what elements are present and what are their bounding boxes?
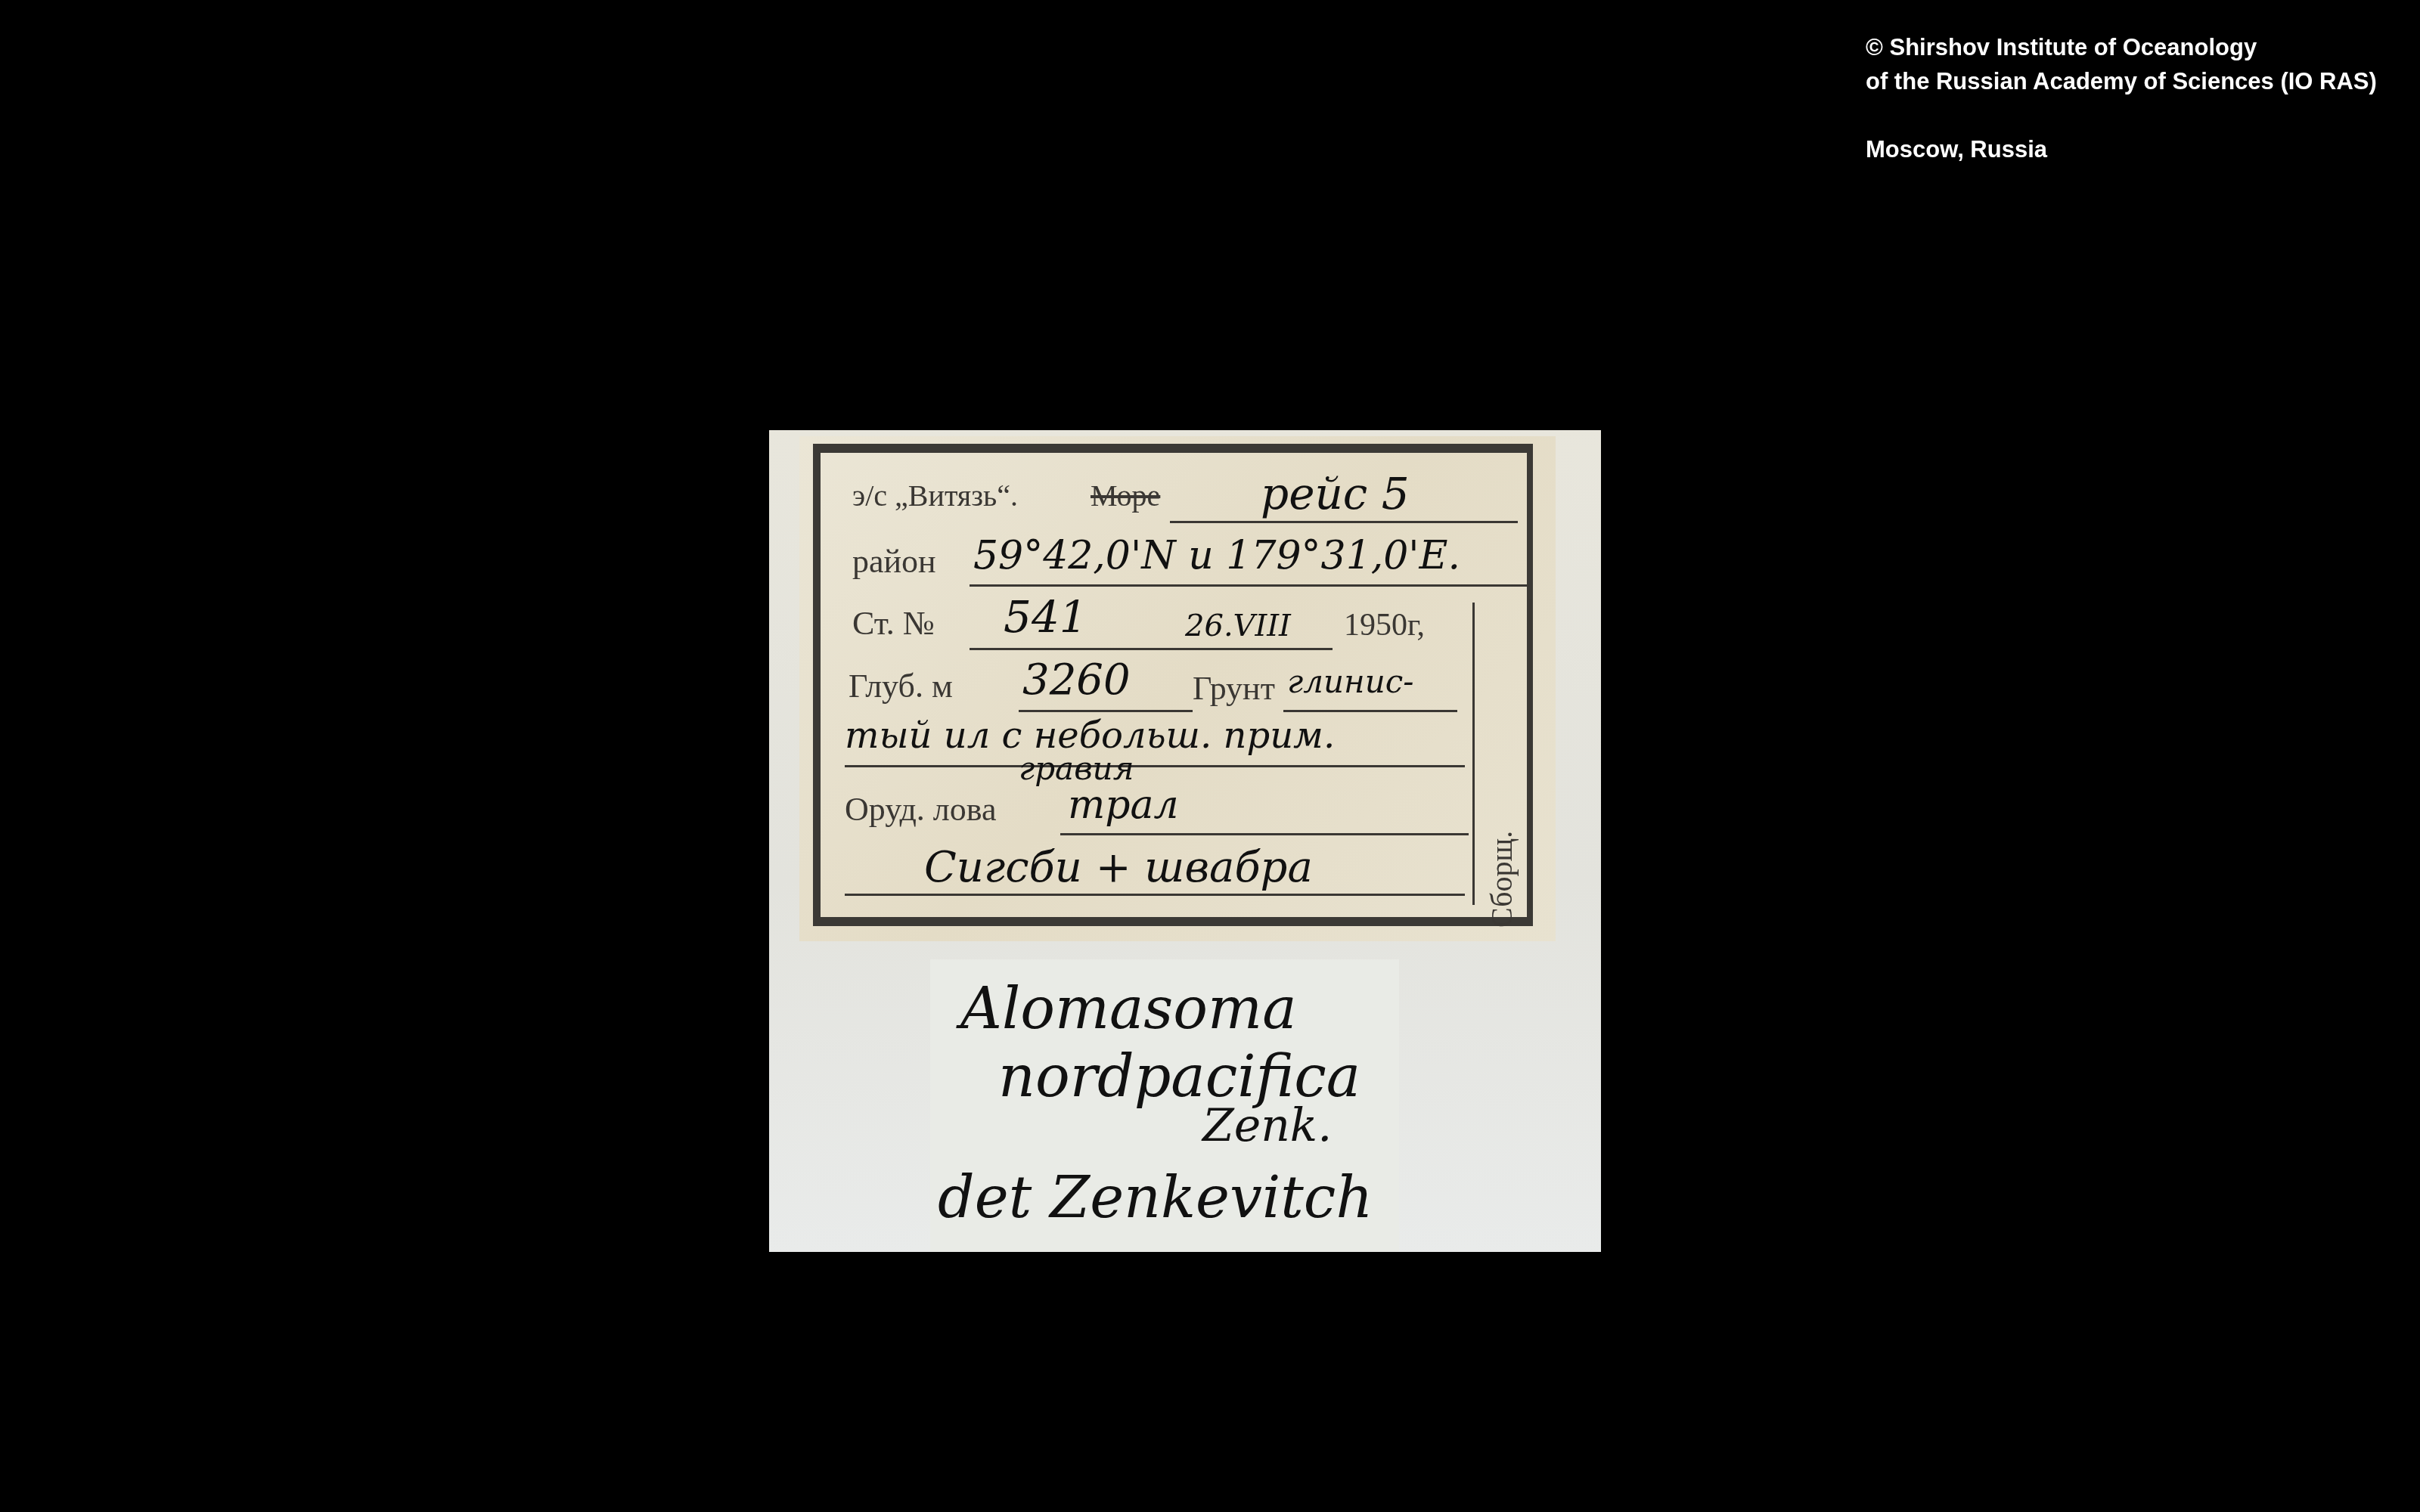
depth-label: Глуб. м	[849, 667, 953, 705]
area-label: район	[852, 542, 936, 581]
copyright-credit: © Shirshov Institute of Oceanology of th…	[1866, 30, 2377, 166]
sea-struck-text: Море	[1091, 478, 1160, 513]
gear-value: трал	[1068, 782, 1179, 828]
gear-label: Оруд. лова	[845, 790, 997, 829]
ground-value-line3: гравия	[1019, 750, 1134, 787]
station-no-value: 541	[1004, 591, 1087, 643]
credit-line-location: Moscow, Russia	[1866, 132, 2377, 166]
ground-value-line1: глинис-	[1287, 663, 1413, 700]
station-no-label: Ст. №	[852, 604, 935, 643]
date-value: 26.VIII	[1185, 609, 1291, 643]
determiner-name: det Zenkevitch	[938, 1163, 1373, 1231]
year-value: 1950г,	[1344, 607, 1425, 643]
depth-value: 3260	[1022, 655, 1131, 705]
credit-line-academy: of the Russian Academy of Sciences (IO R…	[1866, 64, 2377, 98]
credit-line-institute: © Shirshov Institute of Oceanology	[1866, 30, 2377, 64]
cruise-value: рейс 5	[1261, 468, 1410, 519]
specimen-label-photo: э/с „Витязь“. Море рейс 5 район 59°42,0'…	[769, 430, 1601, 1252]
vessel-prefix: э/с „Витязь“.	[852, 478, 1018, 513]
collector-label: Сборщ.	[1484, 831, 1519, 928]
author-abbrev: Zenk.	[1202, 1099, 1332, 1152]
ground-label: Грунт	[1193, 669, 1275, 708]
gear-extra-value: Сигсби + швабра	[924, 843, 1313, 892]
genus-name: Alomasoma	[960, 974, 1296, 1042]
coordinates-value: 59°42,0'N и 179°31,0'E.	[973, 533, 1460, 578]
determination-label: Alomasoma nordpacifica Zenk. det Zenkevi…	[930, 959, 1399, 1252]
station-label: э/с „Витязь“. Море рейс 5 район 59°42,0'…	[799, 436, 1556, 941]
